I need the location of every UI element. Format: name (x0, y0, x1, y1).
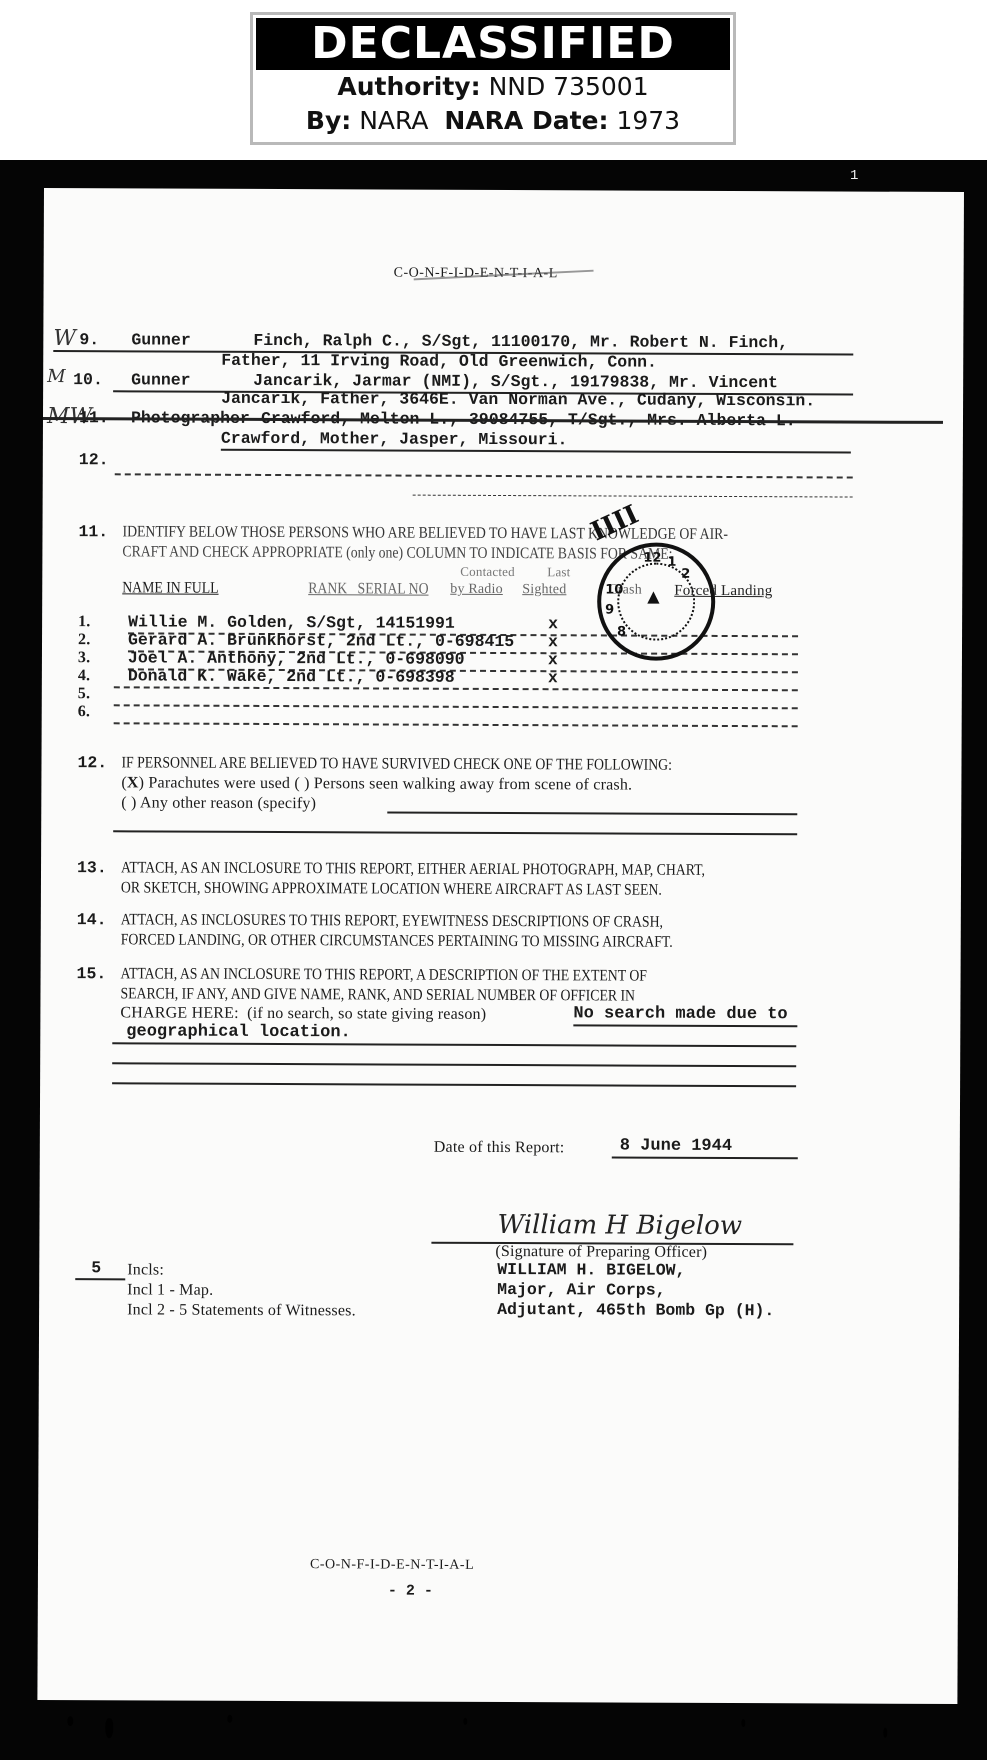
scan-speck (883, 1728, 887, 1738)
option-parachutes: (X) Parachutes were used ( ) Persons see… (121, 773, 632, 795)
handwritten-mark: M (47, 366, 66, 387)
officer-name: WILLIAM H. BIGELOW, (497, 1260, 685, 1281)
row-number: 10. (73, 370, 103, 390)
section-text: FORCED LANDING, OR OTHER CIRCUMSTANCES P… (121, 930, 673, 952)
section-text: ATTACH, AS AN INCLOSURE TO THIS REPORT, … (121, 964, 647, 986)
inclosures-count: 5 (91, 1258, 101, 1278)
column-header-rank: RANK SERIAL NO (308, 579, 428, 600)
checkbox-mark (127, 794, 131, 811)
checkbox-mark (300, 775, 304, 792)
scan-speck (105, 1718, 113, 1738)
page-marker-top: 1 (850, 166, 858, 186)
section-text: ATTACH, AS AN INCLOSURE TO THIS REPORT, … (121, 858, 705, 881)
option-label: Parachutes were used (148, 774, 290, 792)
checkbox-mark: X (127, 774, 139, 791)
inclosures-label: Incls: (127, 1260, 164, 1280)
banner-title: DECLASSIFIED (256, 18, 730, 70)
column-header-radio: by Radio (450, 580, 503, 600)
scan-speck (67, 1716, 73, 1726)
officer-title: Adjutant, 465th Bomb Gp (H). (497, 1300, 774, 1321)
column-header-sighted: Sighted (522, 580, 566, 600)
banner-authority: Authority: NND 735001 (253, 70, 733, 104)
stamp-number: 12 (643, 551, 661, 566)
section-text: IF PERSONNEL ARE BELIEVED TO HAVE SURVIV… (121, 753, 672, 775)
banner-by-date: By: NARA NARA Date: 1973 (253, 104, 733, 138)
scan-speck (741, 1719, 745, 1727)
blank-line (113, 830, 797, 835)
scan-speck (227, 1715, 232, 1723)
section-number: 13. (77, 858, 107, 878)
underline (221, 449, 851, 454)
blank-line (112, 1042, 796, 1047)
row-line (114, 686, 798, 691)
crew-entry-line1: Finch, Ralph C., S/Sgt, 11100170, Mr. Ro… (253, 331, 788, 353)
stamp-number: 8 (617, 625, 626, 640)
column-header-name: NAME IN FULL (122, 578, 218, 598)
search-answer: geographical location. (126, 1022, 351, 1043)
date-underline (612, 1156, 798, 1159)
check-mark: x (548, 668, 558, 688)
answer-underline (573, 1024, 797, 1027)
count-underline (75, 1278, 125, 1280)
stamp-number: 10 (605, 582, 623, 597)
witness-entry: Donald K. Wake, 2nd Lt., 0-698398 (128, 666, 455, 687)
stamp-aircraft-icon: ▲ (647, 587, 659, 606)
date-stamp-icon: 12 1 2 10 9 8 ▲ (597, 542, 716, 661)
section-number: 15. (77, 964, 107, 984)
page-number: - 2 - (388, 1582, 433, 1602)
crew-entry-line2: Jancarik, Father, 3646E. Van Norman Ave.… (221, 389, 815, 412)
option-other: ( ) Any other reason (specify) (121, 793, 316, 814)
crew-position: Gunner (131, 370, 191, 390)
row-number: 9. (79, 330, 99, 350)
specify-line (387, 812, 797, 816)
blank-line (112, 1062, 796, 1067)
crew-entry-line2: Crawford, Mother, Jasper, Missouri. (221, 429, 568, 451)
inclosure-item: Incl 1 - Map. (127, 1280, 213, 1300)
document-page: C-O-N-F-I-D-E-N-T-I-A-L W 9. Gunner Finc… (37, 188, 964, 1704)
section-number: 14. (77, 910, 107, 930)
stamp-number: 2 (681, 567, 690, 582)
handwritten-mark: W (53, 326, 76, 351)
stamp-number: 1 (667, 555, 676, 570)
option-label: Persons seen walking away from scene of … (314, 775, 633, 793)
option-label: Any other reason (specify) (140, 794, 316, 812)
row-number: 6. (78, 702, 90, 722)
report-date-value: 8 June 1944 (620, 1137, 732, 1157)
section-number: 11. (78, 522, 108, 542)
scan-speck (463, 1718, 467, 1725)
search-answer: No search made due to (573, 1004, 787, 1025)
row-line (114, 704, 798, 709)
stamp-number: 9 (605, 602, 614, 617)
blank-line (112, 1082, 796, 1087)
crew-position: Gunner (131, 330, 191, 350)
inclosure-item: Incl 2 - 5 Statements of Witnesses. (127, 1300, 356, 1321)
classification-bottom: C-O-N-F-I-D-E-N-T-I-A-L (310, 1555, 474, 1576)
row-number: 12. (79, 450, 109, 470)
section-text: ATTACH, AS INCLOSURES TO THIS REPORT, EY… (121, 910, 663, 932)
blank-line (115, 473, 853, 478)
officer-rank: Major, Air Corps, (497, 1280, 665, 1301)
blank-line (413, 495, 853, 498)
declassified-banner: DECLASSIFIED Authority: NND 735001 By: N… (250, 12, 736, 145)
report-date-label: Date of this Report: (434, 1138, 565, 1159)
section-text: CRAFT AND CHECK APPROPRIATE (only one) C… (122, 542, 672, 564)
crew-entry-line2: Father, 11 Irving Road, Old Greenwich, C… (221, 351, 657, 373)
section-number: 12. (77, 753, 107, 773)
row-line (114, 722, 798, 727)
section-text: OR SKETCH, SHOWING APPROXIMATE LOCATION … (121, 878, 662, 900)
signature: William H Bigelow (497, 1210, 742, 1241)
